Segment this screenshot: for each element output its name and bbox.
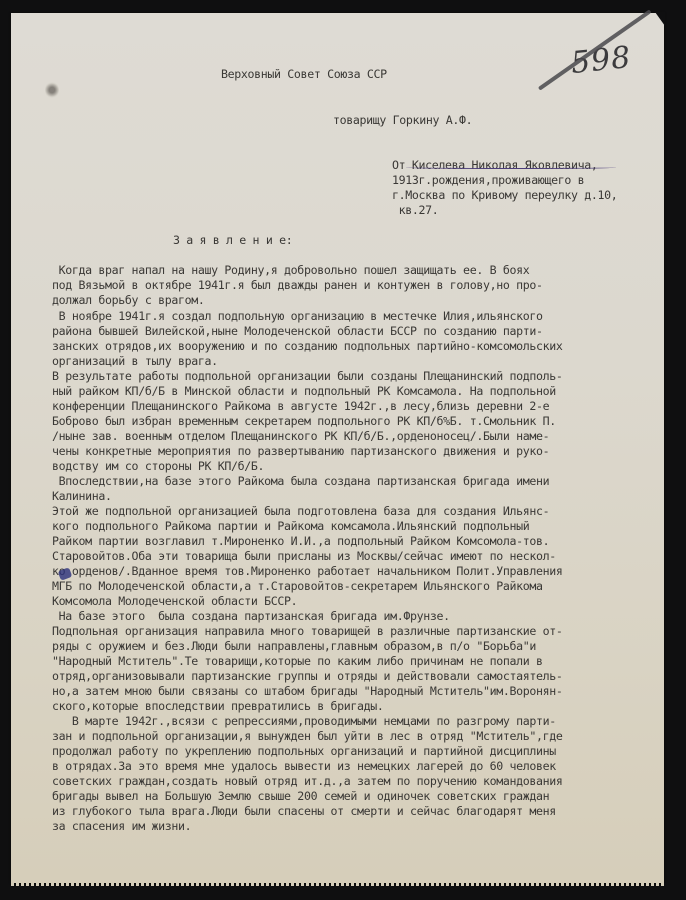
body-line: В ноябре 1941г.я создал подпольную орган… bbox=[52, 309, 543, 325]
body-line: из глубокого тыла врага.Люди были спасен… bbox=[52, 804, 556, 820]
body-line: за спасения им жизни. bbox=[52, 819, 191, 835]
body-line: Боброво был избран временным секретарем … bbox=[52, 414, 556, 430]
sender-line: кв.27. bbox=[392, 203, 438, 219]
body-line: кого подпольного Райкома партии и Райком… bbox=[52, 519, 529, 535]
body-line: занских отрядов,их вооружению и по созда… bbox=[52, 339, 563, 355]
body-line: В марте 1942г.,всязи с репрессиями,прово… bbox=[52, 714, 556, 730]
body-line: организаций в тылу врага. bbox=[52, 354, 218, 370]
body-line: Подпольная организация направила много т… bbox=[52, 624, 563, 640]
body-line: ского,которые впоследствии превратились … bbox=[52, 699, 384, 715]
body-line: Райком партии возглавил т.Мироненко И.И.… bbox=[52, 534, 549, 550]
addressee-org: Верховный Совет Союза ССР bbox=[221, 67, 387, 83]
body-line: советских граждан,создать новый отряд ит… bbox=[52, 774, 563, 790]
body-line: конференции Плещанинского Райкома в авгу… bbox=[52, 399, 549, 415]
body-line: ный райком КП/б/Б в Минской области и по… bbox=[52, 384, 556, 400]
body-line: под Вязьмой в октябре 1941г.я был дважды… bbox=[52, 278, 543, 294]
addressee-person: товарищу Горкину А.Ф. bbox=[333, 113, 472, 129]
body-line: На базе этого была создана партизанская … bbox=[52, 609, 450, 625]
body-line: продолжал работу по укреплению подпольны… bbox=[52, 744, 556, 760]
body-line: зан и подпольной организации,я вынужден … bbox=[52, 729, 563, 745]
body-line: отряд,организовывали партизанские группы… bbox=[52, 669, 563, 685]
document-title: З а я в л е н и е: bbox=[173, 233, 292, 249]
ink-underline bbox=[406, 166, 616, 169]
body-line: водству им со стороны РК КП/б/Б. bbox=[52, 459, 264, 475]
body-line: Старовойтов.Оба эти товарища были присла… bbox=[52, 549, 556, 565]
body-line: района бывшей Вилейской,ныне Молодеченск… bbox=[52, 324, 543, 340]
body-line: ко орденов/.Вданное время тов.Мироненко … bbox=[52, 564, 563, 580]
body-line: Когда враг напал на нашу Родину,я добров… bbox=[52, 263, 529, 279]
body-line: Калинина. bbox=[52, 489, 112, 505]
body-line: чены конкретные мероприятия по развертыв… bbox=[52, 444, 549, 460]
body-line: В результате работы подпольной организац… bbox=[52, 369, 563, 385]
torn-corner bbox=[655, 12, 665, 26]
body-line: но,а затем мною были связаны со штабом б… bbox=[52, 684, 563, 700]
body-line: Комсомола Молодеченской области БССР. bbox=[52, 594, 297, 610]
body-line: МГБ по Молодеченской области,а т.Старово… bbox=[52, 579, 543, 595]
sender-line: 1913г.рождения,проживающего в bbox=[392, 173, 584, 189]
body-line: в отрядах.За это время мне удалось вывес… bbox=[52, 759, 556, 775]
body-line: "Народный Мститель".Те товарищи,которые … bbox=[52, 654, 543, 670]
body-line: ряды с оружием и без.Люди были направлен… bbox=[52, 639, 536, 655]
body-line: должал борьбу с врагом. bbox=[52, 293, 205, 309]
paper-stain bbox=[45, 81, 59, 99]
body-line: бригады вывел на Большую Землю свыше 200… bbox=[52, 789, 549, 805]
body-line: /ныне зав. военным отделом Плещанинского… bbox=[52, 429, 549, 445]
sender-line: г.Москва по Кривому переулку д.10, bbox=[392, 188, 617, 204]
body-line: Этой же подпольной организацией была под… bbox=[52, 504, 549, 520]
document-page: 598 Верховный Совет Союза ССР товарищу Г… bbox=[11, 13, 664, 883]
body-line: Впоследствии,на базе этого Райкома была … bbox=[52, 474, 549, 490]
